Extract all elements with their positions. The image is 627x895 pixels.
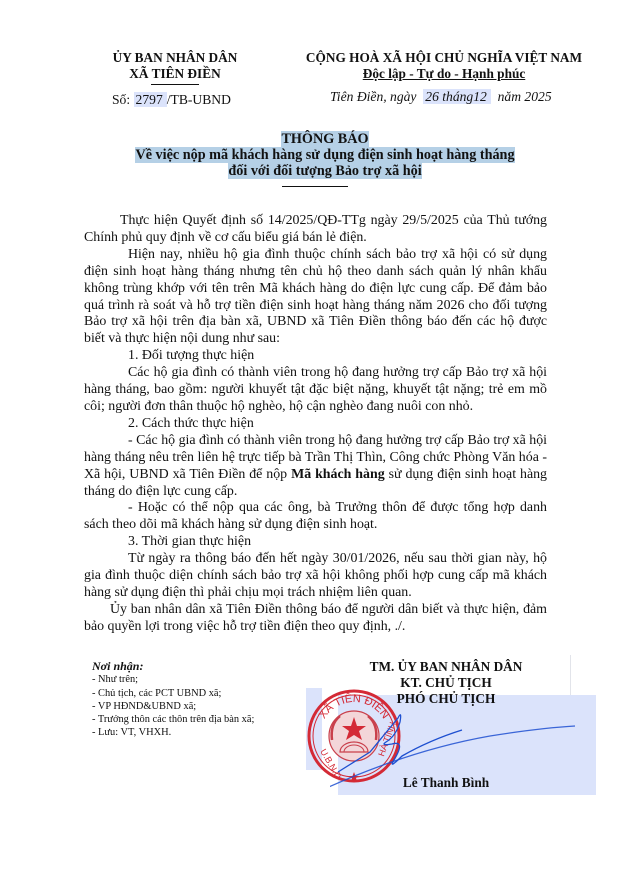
recipients-title: Nơi nhận:: [92, 660, 254, 673]
date-prefix: Tiên Điền, ngày: [330, 89, 416, 104]
number-suffix: /TB-UBND: [167, 92, 231, 107]
recipient-item: - Trưởng thôn các thôn trên địa bàn xã;: [92, 713, 254, 726]
section-2-text-2: - Hoặc có thể nộp qua các ông, bà Trưởng…: [84, 500, 547, 534]
recipient-item: - VP HĐND&UBND xã;: [92, 700, 254, 713]
section-3-text: Từ ngày ra thông báo đến hết ngày 30/01/…: [84, 551, 547, 602]
section-2-heading: 2. Cách thức thực hiện: [84, 416, 547, 433]
customer-code-emphasis: Mã khách hàng: [291, 467, 385, 482]
number-prefix: Số:: [112, 92, 130, 107]
national-header: CỘNG HOÀ XÃ HỘI CHỦ NGHĨA VIỆT NAM Độc l…: [294, 50, 594, 82]
nation-name: CỘNG HOÀ XÃ HỘI CHỦ NGHĨA VIỆT NAM: [294, 50, 594, 66]
agency-line1: ỦY BAN NHÂN DÂN: [82, 50, 268, 66]
recipient-item: - Lưu: VT, VHXH.: [92, 726, 254, 739]
paragraph-legal-basis: Thực hiện Quyết định số 14/2025/QĐ-TTg n…: [84, 213, 547, 247]
document-number: Số: 2797/TB-UBND: [112, 92, 231, 108]
subject-line2: đối với đối tượng Bảo trợ xã hội: [228, 163, 421, 179]
agency-line2: XÃ TIÊN ĐIỀN: [82, 66, 268, 82]
issuing-agency: ỦY BAN NHÂN DÂN XÃ TIÊN ĐIỀN: [82, 50, 268, 85]
section-2-text-1: - Các hộ gia đình có thành viên trong hộ…: [84, 433, 547, 501]
document-title: THÔNG BÁO Về việc nộp mã khách hàng sử d…: [60, 131, 590, 179]
closing-paragraph: Ủy ban nhân dân xã Tiên Điền thông báo đ…: [84, 602, 547, 636]
recipients-list: Nơi nhận: - Như trên; - Chủ tịch, các PC…: [92, 660, 254, 740]
section-3-heading: 3. Thời gian thực hiện: [84, 534, 547, 551]
date-suffix: năm 2025: [498, 89, 552, 104]
section-1-heading: 1. Đối tượng thực hiện: [84, 348, 547, 365]
recipient-item: - Như trên;: [92, 673, 254, 686]
recipient-item: - Chủ tịch, các PCT UBND xã;: [92, 687, 254, 700]
agency-underline: [151, 84, 199, 85]
section-1-text: Các hộ gia đình có thành viên trong hộ đ…: [84, 365, 547, 416]
date-line: Tiên Điền, ngày 26 tháng12 năm 2025: [330, 89, 552, 105]
paragraph-context: Hiện nay, nhiều hộ gia đình thuộc chính …: [84, 247, 547, 348]
signer-name: Lê Thanh Bình: [322, 775, 570, 791]
number-field[interactable]: 2797: [134, 92, 167, 107]
doc-type: THÔNG BÁO: [281, 131, 368, 147]
title-underline: [282, 186, 348, 187]
authority-line1: TM. ỦY BAN NHÂN DÂN: [322, 659, 570, 675]
date-field[interactable]: 26 tháng12: [423, 89, 491, 104]
document-body: Thực hiện Quyết định số 14/2025/QĐ-TTg n…: [84, 213, 547, 636]
national-motto: Độc lập - Tự do - Hạnh phúc: [294, 66, 594, 82]
subject-line1: Về việc nộp mã khách hàng sử dụng điện s…: [135, 147, 514, 163]
